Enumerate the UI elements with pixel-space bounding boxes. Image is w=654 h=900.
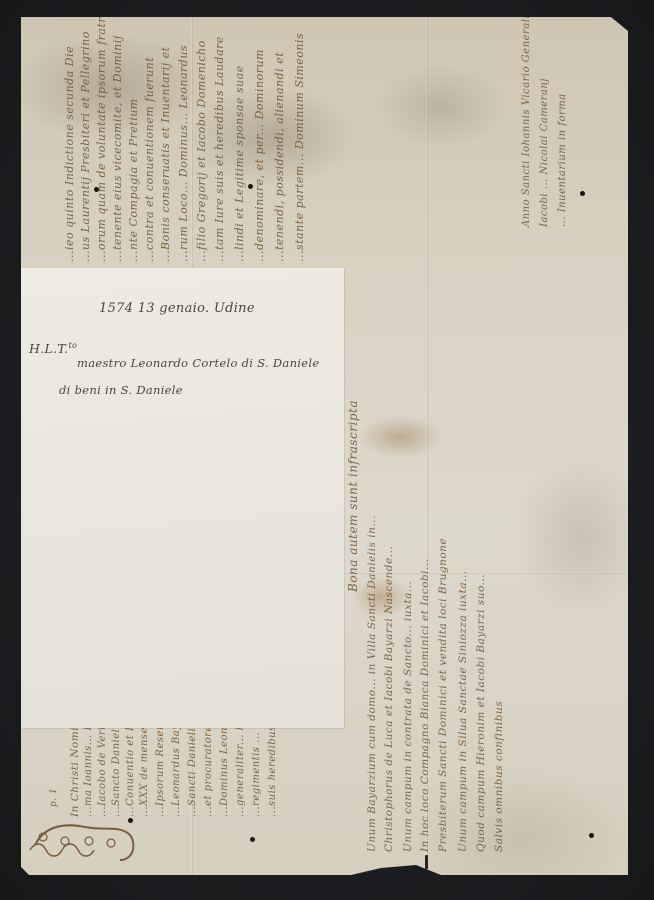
manuscript-line: ...filio Gregorij et Iacobo Domenicho [195, 40, 208, 262]
manuscript-line: ...rum Loco... Dominus... Leonardus [177, 45, 190, 262]
manuscript-line: ...Sancti Danielis [187, 722, 198, 817]
note-abbrev-sup: to [68, 341, 77, 350]
archival-note: 1574 13 genaio. Udine H.L.T.to maestro L… [21, 268, 344, 728]
manuscript-line: ...contra et conuentionem fuerunt [143, 57, 156, 262]
manuscript-line: ...lindi et Legitime sponsae suae [233, 65, 246, 262]
pinhole-mark [128, 818, 133, 823]
manuscript-line: Salvis omnibus confinibus [493, 701, 505, 852]
page-mark: p. 1 [49, 788, 59, 807]
note-subject-line: maestro Leonardo Cortelo di S. Daniele [77, 356, 319, 370]
section-heading: Bona autem sunt infrascripta [346, 400, 360, 592]
manuscript-line: Unum campum in contrata de Sancto... iux… [402, 581, 414, 852]
manuscript-line: ...tenente eius vicecomite, et Dominij [111, 35, 124, 262]
note-abbreviation: H.L.T.to [29, 341, 77, 356]
pinhole-mark [94, 187, 99, 192]
manuscript-line: Unum Bayarzium cum domo... in Villa Sanc… [366, 515, 378, 852]
manuscript-line: Iacobi ... Nicolai Cameranj [539, 78, 550, 227]
manuscript-line: ...tam Iure suis et heredibus Laudare [213, 36, 226, 262]
manuscript-line: ...denominare, et per... Dominorum [253, 49, 266, 262]
manuscript-line: Anno Sancti Iohannis Vicario Generali [521, 15, 532, 227]
manuscript-line: ...us Laurentij Presbiteri et Pellegrino [79, 31, 92, 262]
manuscript-line: ...ieo quinto Indictione secunda Die [63, 46, 76, 262]
manuscript-line: Christophorus de Luca et Iacobi Bayarzi … [383, 546, 395, 852]
note-abbrev-text: H.L.T. [29, 341, 68, 356]
manuscript-line: ...Bonis conseruatis et Inuentarij et [159, 46, 172, 262]
manuscript-line: ...et procuratore [203, 725, 214, 817]
manuscript-line: ... Inuentarium in forma [557, 93, 568, 227]
decorated-initial-icon [25, 815, 145, 865]
note-property-line: di beni in S. Daniele [59, 383, 183, 397]
manuscript-line: Unum campum in Silua Sanctae Siniozza iu… [457, 570, 469, 852]
manuscript-line: ...tenendi, possidendi, alienandi et [273, 52, 286, 262]
stitch-mark [425, 855, 428, 869]
manuscript-line: ...nte Compagia et Pretium [127, 98, 140, 262]
pinhole-mark [580, 191, 585, 196]
pinhole-mark [248, 184, 253, 189]
manuscript-line: ...suis heredibus [267, 725, 278, 817]
manuscript-line: Quod campum Hieronim et Iacobi Bayarzi s… [475, 574, 487, 852]
pinhole-mark [250, 837, 255, 842]
manuscript-line: ...stante partem... Dominum Simeonis [293, 33, 306, 262]
manuscript-line: ...orum quam de voluntate ipsorum fratre… [95, 4, 108, 262]
pinhole-mark [589, 833, 594, 838]
note-date-line: 1574 13 genaio. Udine [99, 301, 255, 316]
manuscript-line: Presbiterum Sancti Dominici et vendita l… [437, 538, 449, 852]
manuscript-line: In hoc loco Compagno Bianca Dominici et … [419, 558, 431, 852]
